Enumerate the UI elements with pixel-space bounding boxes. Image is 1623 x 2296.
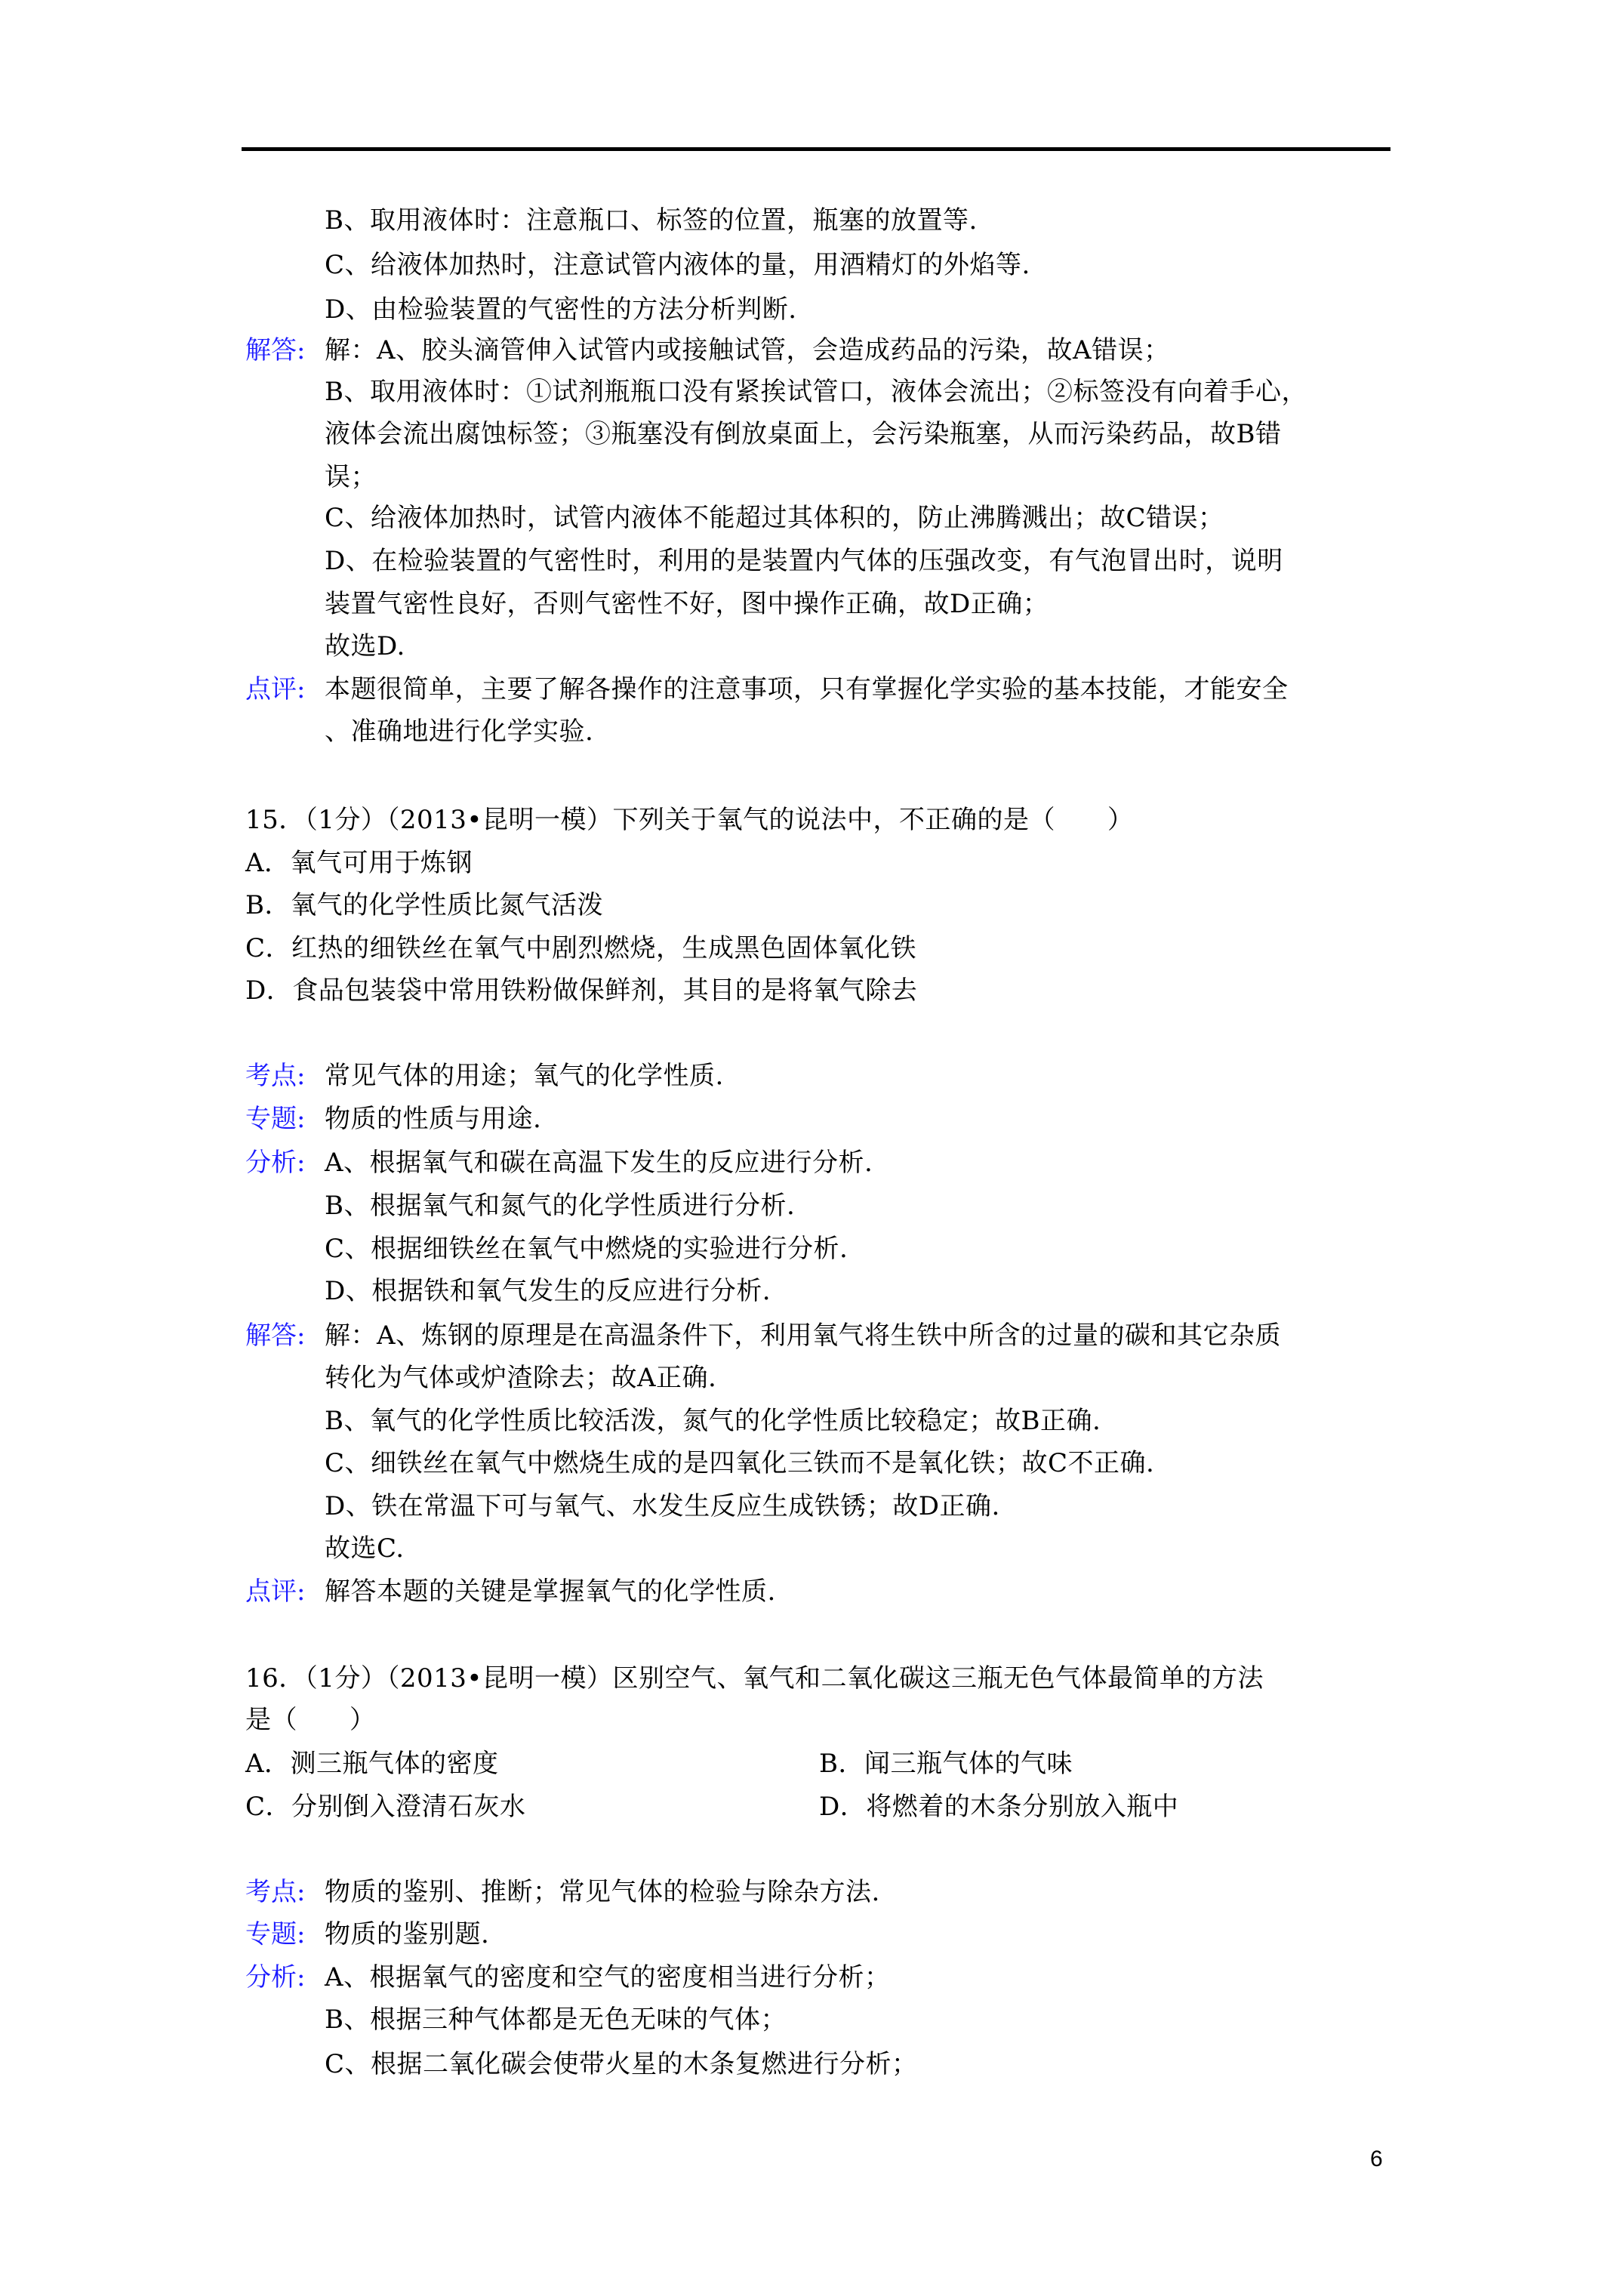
q16-option-a: A．测三瓶气体的密度 [245, 1749, 499, 1779]
q15-option-b: B．氧气的化学性质比氮气活泼 [245, 890, 603, 920]
q15-jieda-line: 解：A、炼钢的原理是在高温条件下，利用氧气将生铁中所含的过量的碳和其它杂质 [325, 1321, 1281, 1351]
analysis-line: B、取用液体时：注意瓶口、标签的位置，瓶塞的放置等. [325, 205, 978, 236]
q15-dianping: 解答本题的关键是掌握氧气的化学性质. [325, 1576, 776, 1607]
q16-option-d: D．将燃着的木条分别放入瓶中 [819, 1792, 1178, 1822]
answer-line: B、取用液体时：①试剂瓶瓶口没有紧挨试管口，液体会流出；②标签没有向着手心， [325, 377, 1307, 407]
answer-line: C、给液体加热时，试管内液体不能超过其体积的，防止沸腾溅出；故C错误； [325, 503, 1224, 533]
header-rule [242, 147, 1390, 151]
q16-fenxi-label: 分析: [245, 1962, 305, 1992]
q16-zhuanti-label: 专题: [245, 1919, 305, 1949]
q15-kaodian-label: 考点: [245, 1061, 305, 1091]
q15-dianping-label: 点评: [245, 1576, 305, 1607]
comment-line: 本题很简单，主要了解各操作的注意事项，只有掌握化学实验的基本技能，才能安全 [325, 674, 1289, 704]
question-16-stem-cont: 是（ ） [245, 1705, 376, 1735]
q15-kaodian: 常见气体的用途；氧气的化学性质. [325, 1061, 724, 1091]
q15-jieda-label: 解答: [245, 1321, 305, 1351]
q16-fenxi-line: B、根据三种气体都是无色无味的气体； [325, 2005, 787, 2035]
question-16-stem: 16．（1分）（2013•昆明一模）区别空气、氧气和二氧化碳这三瓶无色气体最简单… [245, 1663, 1264, 1693]
q15-option-c: C．红热的细铁丝在氧气中剧烈燃烧，生成黑色固体氧化铁 [245, 933, 916, 963]
answer-line: 液体会流出腐蚀标签；③瓶塞没有倒放桌面上，会污染瓶塞，从而污染药品，故B错 [325, 419, 1281, 449]
q15-jieda-line: D、铁在常温下可与氧气、水发生反应生成铁锈；故D正确. [325, 1491, 1000, 1521]
comment-line: 、准确地进行化学实验. [325, 717, 593, 747]
q15-fenxi-line: C、根据细铁丝在氧气中燃烧的实验进行分析. [325, 1234, 848, 1264]
q15-jieda-line: 故选C. [325, 1533, 405, 1564]
comment-label: 点评: [245, 674, 305, 704]
q15-jieda-line: 转化为气体或炉渣除去；故A正确. [325, 1363, 716, 1393]
answer-label: 解答: [245, 335, 305, 365]
q15-jieda-line: C、细铁丝在氧气中燃烧生成的是四氧化三铁而不是氧化铁；故C不正确. [325, 1448, 1154, 1478]
q15-fenxi-line: A、根据氧气和碳在高温下发生的反应进行分析. [325, 1148, 873, 1178]
answer-line: 误； [325, 462, 377, 492]
q15-jieda-line: B、氧气的化学性质比较活泼，氮气的化学性质比较稳定；故B正确. [325, 1406, 1101, 1436]
q16-kaodian: 物质的鉴别、推断；常见气体的检验与除杂方法. [325, 1877, 880, 1907]
answer-line: D、在检验装置的气密性时，利用的是装置内气体的压强改变，有气泡冒出时，说明 [325, 546, 1283, 576]
analysis-line: D、由检验装置的气密性的方法分析判断. [325, 294, 797, 325]
answer-line: 装置气密性良好，否则气密性不好，图中操作正确，故D正确； [325, 589, 1049, 619]
q16-zhuanti: 物质的鉴别题. [325, 1919, 489, 1949]
q15-zhuanti-label: 专题: [245, 1104, 305, 1134]
q16-option-b: B．闻三瓶气体的气味 [819, 1749, 1073, 1779]
q15-fenxi-line: B、根据氧气和氮气的化学性质进行分析. [325, 1191, 795, 1221]
page-number: 6 [1370, 2147, 1383, 2172]
q15-zhuanti: 物质的性质与用途. [325, 1104, 541, 1134]
question-15-stem: 15．（1分）（2013•昆明一模）下列关于氧气的说法中，不正确的是（ ） [245, 805, 1133, 835]
q16-fenxi-line: A、根据氧气的密度和空气的密度相当进行分析； [325, 1962, 891, 1992]
q15-fenxi-label: 分析: [245, 1148, 305, 1178]
q15-fenxi-line: D、根据铁和氧气发生的反应进行分析. [325, 1276, 771, 1306]
q16-fenxi-line: C、根据二氧化碳会使带火星的木条复燃进行分析； [325, 2049, 918, 2079]
q15-option-a: A．氧气可用于炼钢 [245, 848, 473, 878]
q16-kaodian-label: 考点: [245, 1877, 305, 1907]
q16-option-c: C．分别倒入澄清石灰水 [245, 1792, 526, 1822]
q15-option-d: D．食品包装袋中常用铁粉做保鲜剂，其目的是将氧气除去 [245, 975, 917, 1006]
analysis-line: C、给液体加热时，注意试管内液体的量，用酒精灯的外焰等. [325, 250, 1030, 280]
answer-line: 解：A、胶头滴管伸入试管内或接触试管，会造成药品的污染，故A错误； [325, 335, 1170, 365]
answer-line: 故选D. [325, 631, 405, 661]
